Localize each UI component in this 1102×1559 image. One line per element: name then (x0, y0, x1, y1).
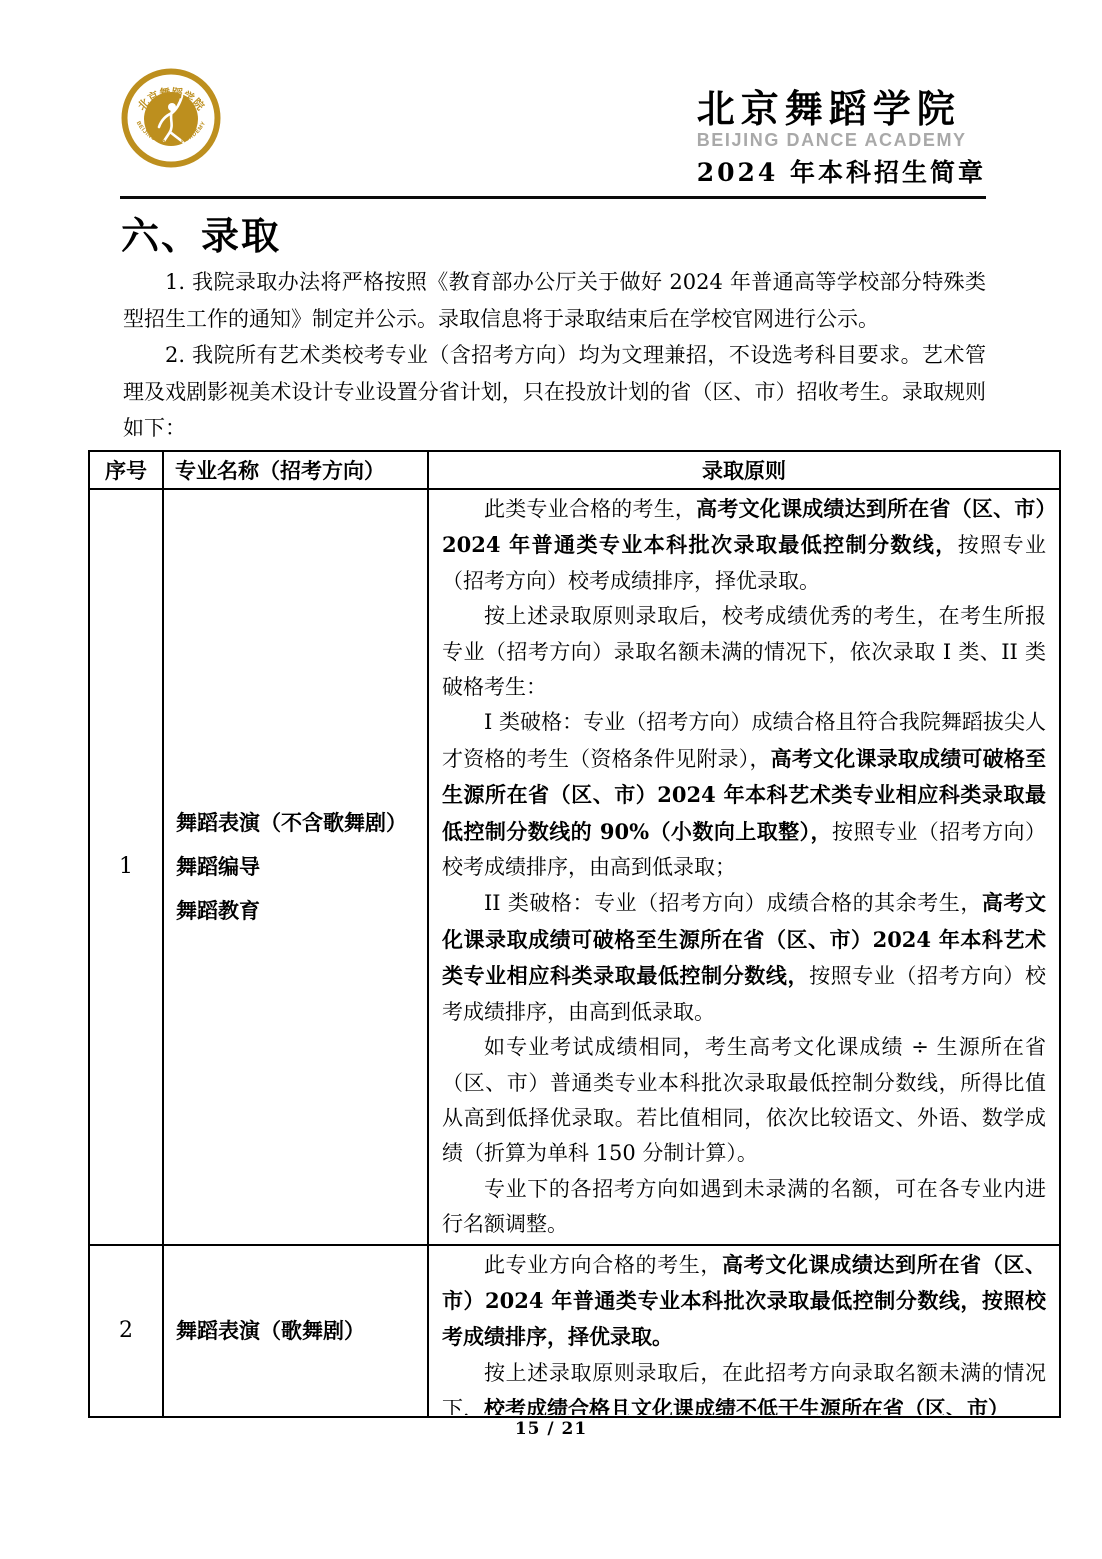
table-header-row: 序号 专业名称（招考方向） 录取原则 (89, 451, 1060, 489)
header-divider (120, 196, 986, 199)
school-name-cn: 北京舞蹈学院 (697, 88, 986, 130)
intro-paragraph-2: 2. 我院所有艺术类校考专业（含招考方向）均为文理兼招，不设选考科目要求。艺术管… (123, 337, 986, 447)
school-name-en: BEIJING DANCE ACADEMY (697, 130, 986, 151)
section-title: 六、录取 (121, 205, 281, 260)
header-cell-principle: 录取原则 (428, 451, 1060, 489)
table-body: 1舞蹈表演（不含歌舞剧）舞蹈编导舞蹈教育此类专业合格的考生，高考文化课成绩达到所… (89, 489, 1060, 1417)
principle-text-bold: 校考成绩合格且文化课成绩不低于生源所在省（区、市） (484, 1396, 1009, 1414)
admission-principle-content: 此专业方向合格的考生，高考文化课成绩达到所在省（区、市）2024 年普通类专业本… (442, 1247, 1046, 1415)
header-cell-major: 专业名称（招考方向） (163, 451, 428, 489)
admission-principle-cell: 此专业方向合格的考生，高考文化课成绩达到所在省（区、市）2024 年普通类专业本… (428, 1245, 1060, 1417)
principle-paragraph: I 类破格：专业（招考方向）成绩合格且符合我院舞蹈拔尖人才资格的考生（资格条件见… (442, 705, 1046, 885)
row-number: 2 (89, 1245, 163, 1417)
principle-paragraph: 按上述录取原则录取后，在此招考方向录取名额未满的情况下，校考成绩合格且文化课成绩… (442, 1356, 1046, 1415)
academy-logo: 北京舞蹈学院 BEIJING DANCE ACADEMY (121, 68, 221, 168)
principle-paragraph: II 类破格：专业（招考方向）成绩合格的其余考生，高考文化课录取成绩可破格至生源… (442, 885, 1046, 1030)
principle-paragraph: 按上述录取原则录取后，校考成绩优秀的考生，在考生所报专业（招考方向）录取名额未满… (442, 599, 1046, 705)
page-number: 15 / 21 (0, 1419, 1102, 1439)
principle-text: II 类破格：专业（招考方向）成绩合格的其余考生， (484, 891, 982, 915)
admission-principle-content: 此类专业合格的考生，高考文化课成绩达到所在省（区、市）2024 年普通类专业本科… (442, 491, 1046, 1243)
admission-rules-table: 序号 专业名称（招考方向） 录取原则 1舞蹈表演（不含歌舞剧）舞蹈编导舞蹈教育此… (88, 450, 1061, 1418)
header-brand: 北京舞蹈学院 BEIJING DANCE ACADEMY 2024 年本科招生简… (697, 88, 986, 189)
principle-text: 此专业方向合格的考生， (484, 1253, 722, 1277)
header-cell-no: 序号 (89, 451, 163, 489)
table-row: 1舞蹈表演（不含歌舞剧）舞蹈编导舞蹈教育此类专业合格的考生，高考文化课成绩达到所… (89, 489, 1060, 1245)
admission-principle-cell: 此类专业合格的考生，高考文化课成绩达到所在省（区、市）2024 年普通类专业本科… (428, 489, 1060, 1245)
table-row: 2舞蹈表演（歌舞剧）此专业方向合格的考生，高考文化课成绩达到所在省（区、市）20… (89, 1245, 1060, 1417)
principle-text: 如专业考试成绩相同，考生高考文化课成绩 ÷ 生源所在省（区、市）普通类专业本科批… (442, 1035, 1046, 1165)
principle-paragraph: 专业下的各招考方向如遇到未录满的名额，可在各专业内进行名额调整。 (442, 1172, 1046, 1243)
principle-text: 按上述录取原则录取后，校考成绩优秀的考生，在考生所报专业（招考方向）录取名额未满… (442, 604, 1046, 699)
principle-text: 此类专业合格的考生， (484, 497, 696, 521)
document-page: 北京舞蹈学院 BEIJING DANCE ACADEMY 北京舞蹈学院 BEIJ… (0, 0, 1102, 1559)
principle-paragraph: 如专业考试成绩相同，考生高考文化课成绩 ÷ 生源所在省（区、市）普通类专业本科批… (442, 1030, 1046, 1172)
major-name: 舞蹈表演（不含歌舞剧） (176, 801, 423, 845)
row-number: 1 (89, 489, 163, 1245)
academy-logo-icon: 北京舞蹈学院 BEIJING DANCE ACADEMY (121, 68, 221, 168)
principle-text: 专业下的各招考方向如遇到未录满的名额，可在各专业内进行名额调整。 (442, 1177, 1046, 1236)
principle-paragraph: 此专业方向合格的考生，高考文化课成绩达到所在省（区、市）2024 年普通类专业本… (442, 1247, 1046, 1356)
intro-paragraph-1: 1. 我院录取办法将严格按照《教育部办公厅关于做好 2024 年普通高等学校部分… (123, 264, 986, 337)
major-names: 舞蹈表演（不含歌舞剧）舞蹈编导舞蹈教育 (163, 489, 428, 1245)
major-name: 舞蹈表演（歌舞剧） (176, 1309, 423, 1353)
major-name: 舞蹈教育 (176, 889, 423, 933)
principle-paragraph: 此类专业合格的考生，高考文化课成绩达到所在省（区、市）2024 年普通类专业本科… (442, 491, 1046, 599)
brochure-title: 2024 年本科招生简章 (697, 153, 986, 189)
major-name: 舞蹈编导 (176, 845, 423, 889)
major-names: 舞蹈表演（歌舞剧） (163, 1245, 428, 1417)
table-header: 序号 专业名称（招考方向） 录取原则 (89, 451, 1060, 489)
intro-paragraphs: 1. 我院录取办法将严格按照《教育部办公厅关于做好 2024 年普通高等学校部分… (123, 264, 986, 447)
